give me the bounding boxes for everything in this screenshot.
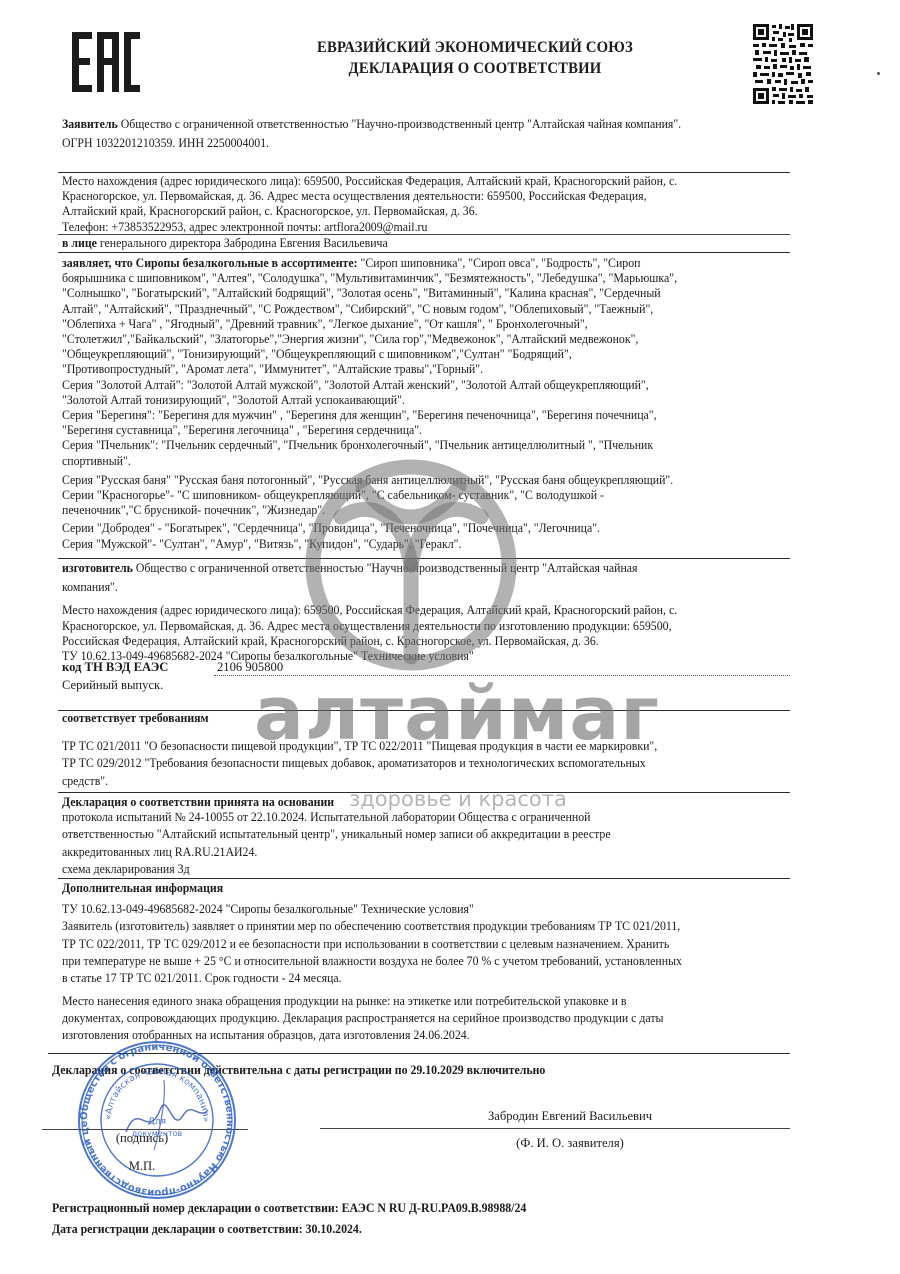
series-line: Серия "Золотой Алтай": "Золотой Алтай му… (62, 378, 791, 393)
basis-line: протокола испытаний № 24-10055 от 22.10.… (62, 810, 791, 825)
basis-line: ответственностью "Алтайский испытательны… (62, 827, 791, 842)
divider (58, 792, 790, 793)
basis-line: аккредитованных лиц RA.RU.21АИ24. (62, 845, 791, 860)
marking-line: изготовления отобранных на испытания обр… (62, 1028, 791, 1043)
divider (58, 878, 790, 879)
basis-label: Декларация о соответствии принята на осн… (62, 795, 791, 810)
manufacturer-label: изготовитель (62, 561, 133, 575)
signature-line (42, 1129, 248, 1130)
product-line: "Сироп шиповника", "Сироп овса", "Бодрос… (358, 256, 641, 270)
tech-spec: ТУ 10.62.13-049-49685682-2024 "Сиропы бе… (62, 902, 791, 917)
validity-statement: Декларация о соответствии действительна … (52, 1063, 781, 1078)
manufacturer-section: изготовитель Общество с ограниченной отв… (62, 561, 791, 664)
declaration-scheme: схема декларирования 3д (62, 862, 791, 877)
applicant-section: Заявитель Общество с ограниченной ответс… (62, 117, 791, 151)
applicant-address: Место нахождения (адрес юридического лиц… (62, 174, 791, 235)
series-line: Серия "Русская баня" "Русская баня потог… (62, 473, 791, 488)
applicant-name: Общество с ограниченной ответственностью… (118, 117, 681, 131)
additional-info-label: Дополнительная информация (62, 881, 791, 896)
declaration-label: заявляет, что Сиропы безалкогольные в ас… (62, 256, 358, 270)
signer-caption: (Ф. И. О. заявителя) (420, 1136, 720, 1151)
marking-info: Место нанесения единого знака обращения … (62, 994, 791, 1044)
declaration-document: ЕВРАЗИЙСКИЙ ЭКОНОМИЧЕСКИЙ СОЮЗ ДЕКЛАРАЦИ… (0, 0, 900, 1274)
qr-code-icon[interactable] (753, 24, 813, 104)
address-line: Место нахождения (адрес юридического лиц… (62, 174, 791, 189)
applicant-contacts: Телефон: +73853522953, адрес электронной… (62, 220, 791, 235)
product-line: "Общеукрепляющий", "Тонизирующий", "Обще… (62, 347, 791, 362)
release-type: Серийный выпуск. (62, 678, 792, 693)
address-line: Красногорское, ул. Первомайская, д. 36. … (62, 189, 791, 204)
requirement-line: ТР ТС 021/2011 "О безопасности пищевой п… (62, 739, 791, 754)
hs-code-row: код ТН ВЭД ЕАЭС2106 905800 (62, 660, 792, 675)
address-line: Место нахождения (адрес юридического лиц… (62, 603, 791, 618)
title-union: ЕВРАЗИЙСКИЙ ЭКОНОМИЧЕСКИЙ СОЮЗ (259, 37, 691, 58)
signer-name-line (320, 1128, 790, 1129)
manufacturer-name: Общество с ограниченной ответственностью… (133, 561, 638, 575)
additional-info-section: Дополнительная информация ТУ 10.62.13-04… (62, 881, 791, 986)
scan-dot (877, 72, 880, 75)
series-line: спортивный". (62, 454, 791, 469)
document-title: ЕВРАЗИЙСКИЙ ЭКОНОМИЧЕСКИЙ СОЮЗ ДЕКЛАРАЦИ… (259, 37, 691, 79)
applicant-label: Заявитель (62, 117, 118, 131)
represented-label: в лице (62, 236, 97, 250)
series-line: Серия "Берегиня": "Берегиня для мужчин" … (62, 408, 791, 423)
applicant-ids: ОГРН 1032201210359. ИНН 2250004001. (62, 136, 791, 151)
requirement-line: средств". (62, 774, 791, 789)
marking-line: Место нанесения единого знака обращения … (62, 994, 791, 1009)
product-line: "Противопростудный", "Аромат лета", "Имм… (62, 362, 791, 377)
divider (48, 1053, 790, 1054)
basis-section: Декларация о соответствии принята на осн… (62, 795, 791, 877)
product-line: "Столетжил","Байкальский", "Златогорье",… (62, 332, 791, 347)
product-line: "Солнышко", "Богатырский", "Алтайский бо… (62, 286, 791, 301)
divider (58, 252, 790, 253)
seal-caption: М.П. (92, 1159, 192, 1174)
series-line: "Золотой Алтай тонизирующий", "Золотой А… (62, 393, 791, 408)
represented-by: в лице генерального директора Забродина … (62, 236, 791, 251)
title-declaration: ДЕКЛАРАЦИЯ О СООТВЕТСТВИИ (259, 58, 691, 79)
product-line: "Облепиха + Чага" , "Ягодный", "Древний … (62, 317, 791, 332)
product-line: боярышника с шиповником", "Алтея", "Соло… (62, 271, 791, 286)
hs-code-value: 2106 905800 (217, 660, 283, 674)
product-line: Алтай", "Алтайский", "Празднечный", "С Р… (62, 302, 791, 317)
series-line: Серия "Мужской"- "Султан", "Амур", "Витя… (62, 537, 791, 552)
director-name: генерального директора Забродина Евгения… (97, 236, 388, 250)
info-line: Заявитель (изготовитель) заявляет о прин… (62, 919, 791, 934)
series-line: "Берегиня суставница", "Берегиня легочни… (62, 423, 791, 438)
requirement-line: ТР ТС 029/2012 "Требования безопасности … (62, 756, 791, 771)
svg-text:Для: Для (148, 1117, 166, 1127)
series-line: Серия "Пчельник": "Пчельник сердечный", … (62, 438, 791, 453)
requirements-label: соответствует требованиям (62, 711, 791, 726)
info-line: при температуре не выше + 25 °С и относи… (62, 954, 791, 969)
signature-caption: (подпись) (92, 1131, 192, 1146)
info-line: ТР ТС 022/2011, ТР ТС 029/2012 и ее безо… (62, 937, 791, 952)
manufacturer-name-cont: компания". (62, 580, 791, 595)
series-line: Серии "Красногорье"- "С шиповником- обще… (62, 488, 791, 503)
address-line: Российская Федерация, Алтайский край, Кр… (62, 634, 791, 649)
signer-name: Забродин Евгений Васильевич (420, 1109, 720, 1124)
registration-date: Дата регистрации декларации о соответств… (52, 1222, 781, 1237)
requirements-section: соответствует требованиям ТР ТС 021/2011… (62, 711, 791, 789)
divider (58, 234, 790, 235)
hs-code-label: код ТН ВЭД ЕАЭС (62, 660, 217, 675)
address-line: Красногорское, ул. Первомайская, д. 36. … (62, 619, 791, 634)
divider (58, 558, 790, 559)
series-line: Серии "Добродея" - "Богатырек", "Сердечн… (62, 521, 791, 536)
dotted-divider (214, 675, 790, 676)
product-declaration: заявляет, что Сиропы безалкогольные в ас… (62, 256, 791, 552)
address-line: Алтайский край, Красногорский район, с. … (62, 204, 791, 219)
series-line: печеночник","С брусникой- почечник", "Жи… (62, 503, 791, 518)
registration-number: Регистрационный номер декларации о соотв… (52, 1201, 781, 1216)
eac-mark-icon (70, 30, 142, 94)
marking-line: документах, сопровождающих продукцию. Де… (62, 1011, 791, 1026)
info-line: в статье 17 ТР ТС 021/2011. Срок годност… (62, 971, 791, 986)
